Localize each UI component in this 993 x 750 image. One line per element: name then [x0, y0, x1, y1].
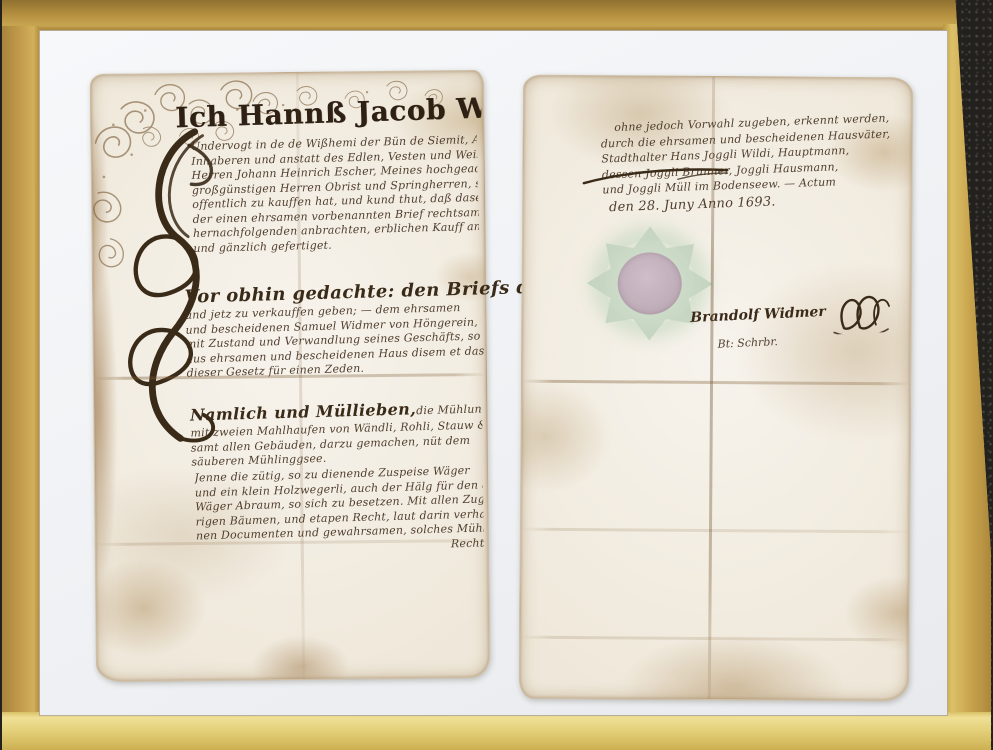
- photo-of-framed-manuscript: Ich Hannß Jacob Wildi Undervogt in de de…: [0, 0, 993, 750]
- frame-bottom-rail: [2, 712, 991, 750]
- paragraph-1: Undervogt in de de Wißhemi der Bün de Si…: [191, 133, 480, 256]
- paragraph-3: Namlich und Müllieben, die Mühlung zu di…: [190, 396, 484, 470]
- signature-monogram-icon: [829, 286, 893, 335]
- fold-crease: [520, 636, 908, 642]
- frame-right-rail: [943, 24, 991, 750]
- manuscript-right-page: ohne jedoch Vorwahl zugeben, erkennt wer…: [519, 75, 913, 702]
- fold-crease: [522, 380, 910, 386]
- paragraph-2: Vor obhin gedachte: den Briefs den Kauf …: [184, 278, 485, 381]
- frame-top-rail: [2, 0, 991, 30]
- closing-paragraph: ohne jedoch Vorwahl zugeben, erkennt wer…: [600, 110, 905, 215]
- frame-left-rail: [2, 26, 39, 750]
- text-line: die Mühlung zu diser Zeiten,: [416, 402, 482, 418]
- manuscript-left-page: Ich Hannß Jacob Wildi Undervogt in de de…: [90, 70, 490, 682]
- fold-crease: [521, 528, 909, 534]
- signature-block: Brandolf Widmer Bt: Schrbr.: [689, 284, 927, 352]
- seal-center: [618, 252, 682, 314]
